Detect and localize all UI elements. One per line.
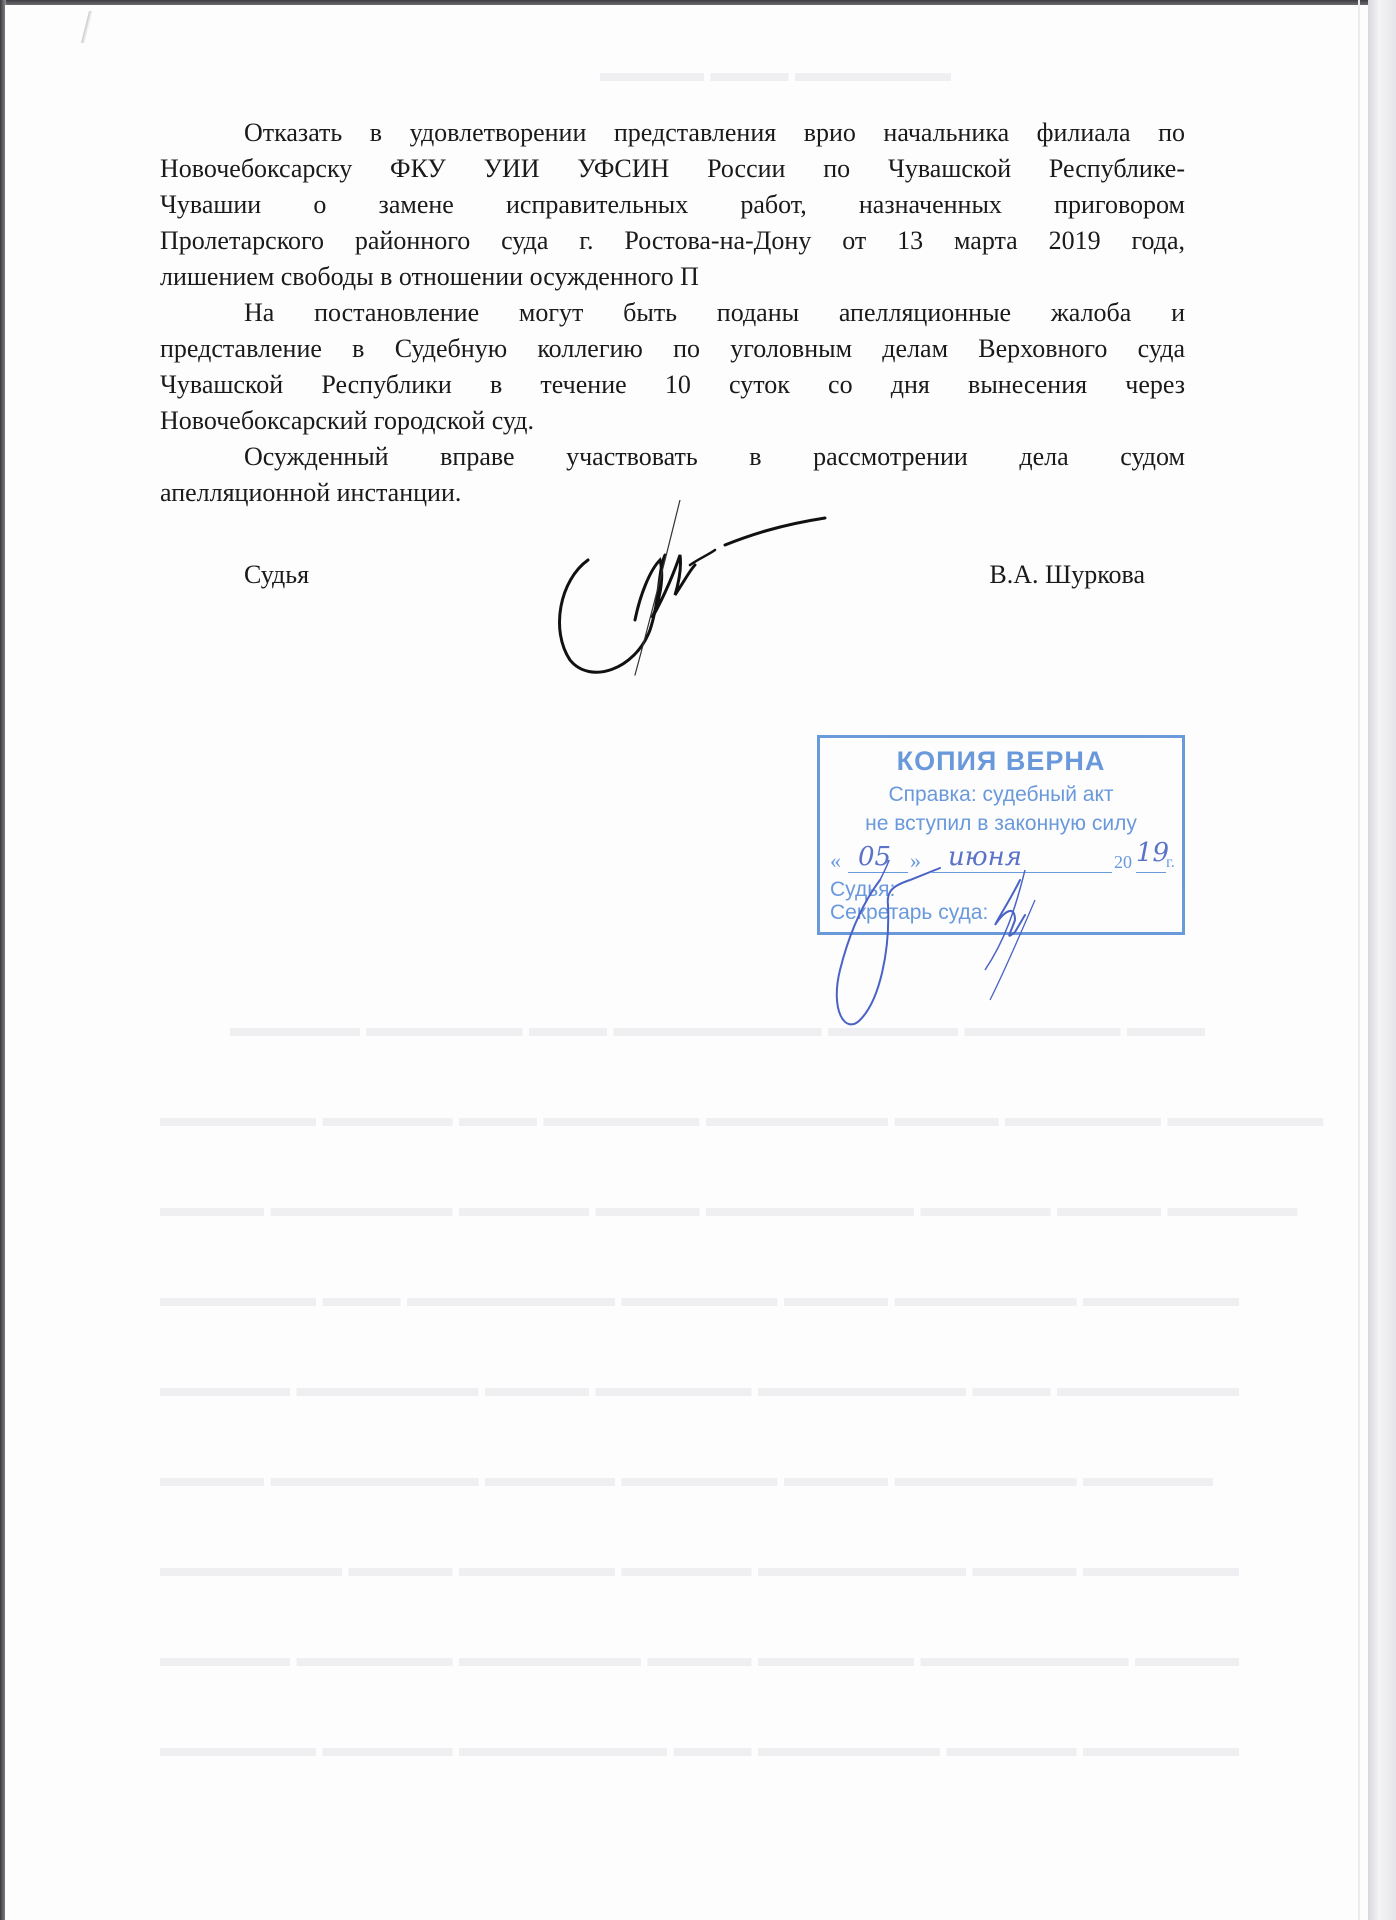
handwritten-year: 19 (1136, 838, 1169, 868)
year-suffix: г. (1166, 854, 1175, 872)
judge-name: В.А. Шуркова (989, 557, 1145, 593)
stamp-signatures-icon (810, 860, 1110, 1050)
paragraph-line: Отказать в удовлетворении представления … (244, 118, 1185, 147)
judge-signature-icon (540, 500, 870, 700)
stamp-title: КОПИЯ ВЕРНА (820, 746, 1182, 777)
year-underline (1136, 872, 1166, 873)
redacted-name (699, 266, 929, 292)
document-body: Отказать в удовлетворении представления … (160, 115, 1185, 511)
ruling-paragraph: Отказать в удовлетворении представления … (160, 115, 1185, 295)
stamp-note-line: не вступил в законную силу (820, 812, 1182, 836)
paragraph-line: лишением свободы в отношении осужденного… (160, 262, 699, 291)
page-fold-mark (81, 11, 93, 43)
paragraph-line: Пролетарского районного суда г. Ростова-… (160, 223, 1185, 259)
paragraph-line: Чувашии о замене исправительных работ, н… (160, 187, 1185, 223)
scanner-edge-right (1368, 0, 1396, 1920)
page-shadow-line (1358, 0, 1360, 1920)
paragraph-line: Новочебоксарский городской суд. (160, 403, 1185, 439)
paragraph-line: Чувашской Республики в течение 10 суток … (160, 367, 1185, 403)
paragraph-line: На постановление могут быть поданы апелл… (244, 298, 1185, 327)
paragraph-line: Новочебоксарску ФКУ УИИ УФСИН России по … (160, 151, 1185, 187)
paragraph-line: Осужденный вправе участвовать в рассмотр… (244, 442, 1185, 471)
year-prefix: 20 (1114, 852, 1132, 873)
paragraph-line: представление в Судебную коллегию по уго… (160, 331, 1185, 367)
appeal-paragraph: На постановление могут быть поданы апелл… (160, 295, 1185, 439)
judge-label: Судья (244, 557, 309, 593)
stamp-note-line: Справка: судебный акт (820, 783, 1182, 807)
